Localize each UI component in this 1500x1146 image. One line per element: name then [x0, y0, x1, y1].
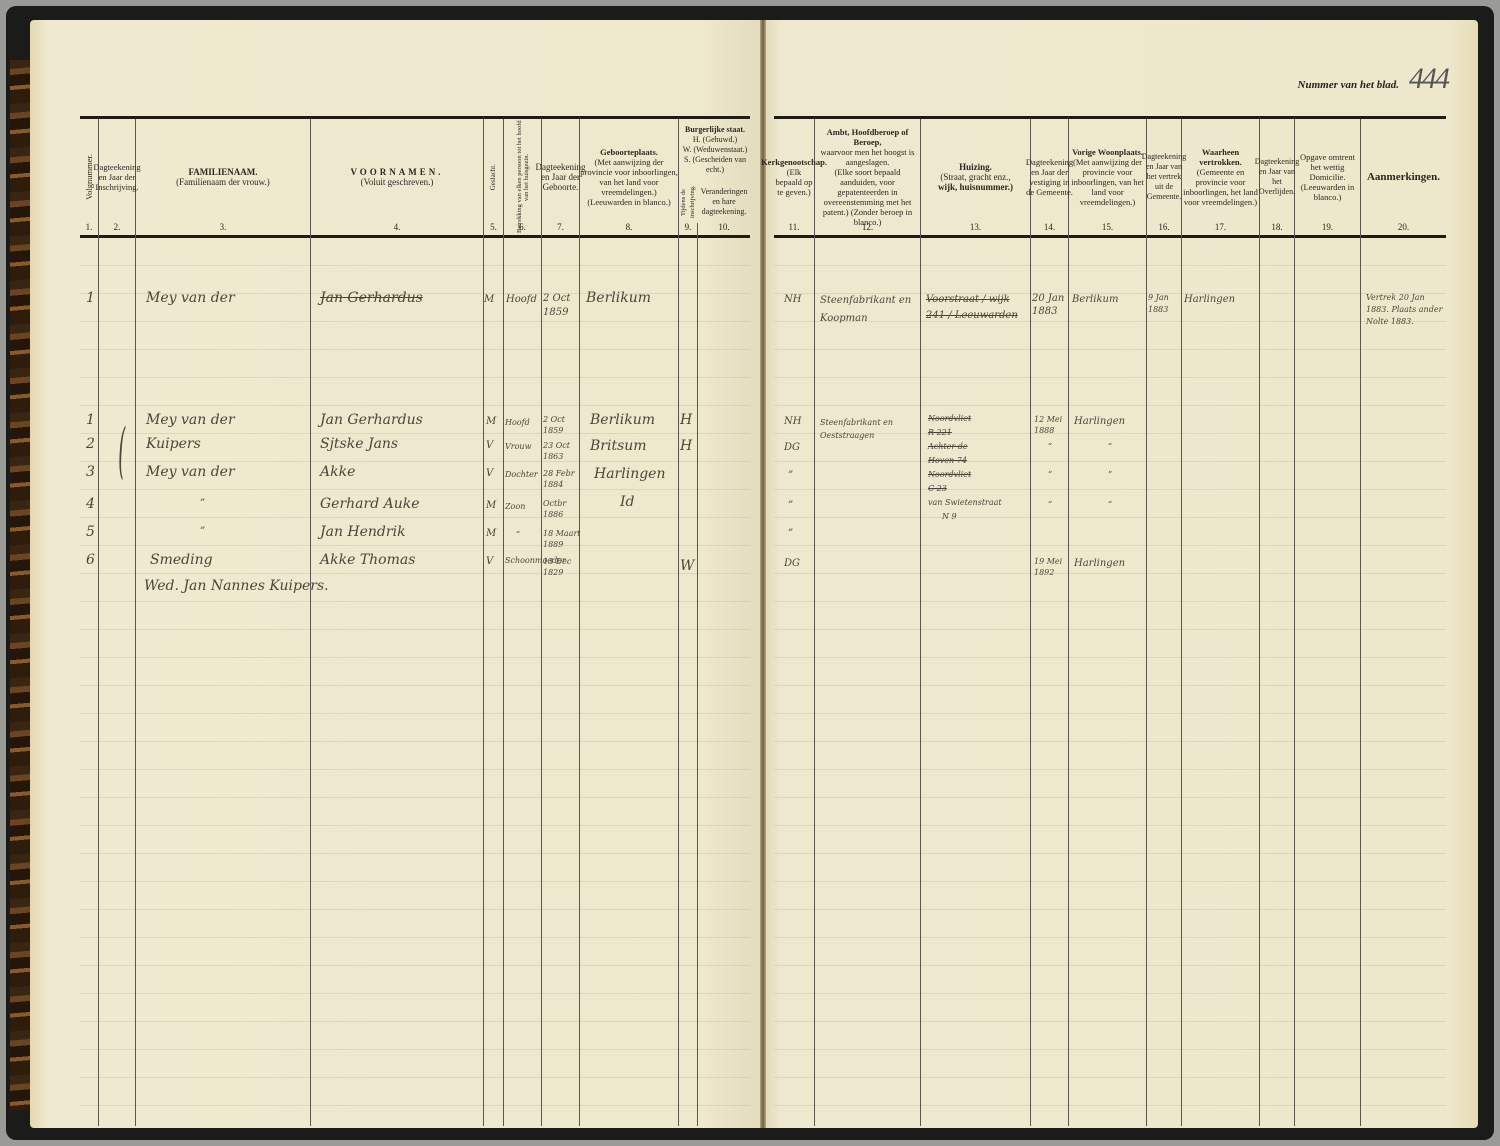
header-domicilie: Opgave omtrent het wettig Domicilie.(Lee…: [1295, 120, 1360, 234]
entry-geslacht: V: [486, 440, 493, 451]
entry-waarheen: Harlingen: [1184, 294, 1235, 305]
entry-volgnummer: 2: [86, 436, 95, 452]
entry-familienaam: Smeding: [150, 552, 213, 568]
entry-geboorteplaats: Berlikum: [586, 290, 651, 306]
entry-geslacht: V: [486, 468, 493, 479]
header-geboorteplaats: Geboorteplaats.(Met aanwijzing der provi…: [580, 120, 678, 234]
entry-vorige-woonplaats: ”: [1108, 442, 1112, 451]
header-inschrijving: Dagteekening en Jaar der Inschrijving.: [99, 120, 135, 234]
header-top-rule: [774, 116, 1446, 119]
col-divider: [1030, 119, 1031, 1126]
entry-aanmerkingen: Vertrek 20 Jan 1883. Plaats ander Nolte …: [1366, 292, 1446, 328]
entry-beroep: Steenfabrikant en Koopman: [820, 292, 920, 328]
entry-vestiging: ”: [1048, 470, 1052, 479]
entry-kerk: NH: [784, 294, 801, 305]
sheet-number-label: Nummer van het blad.444: [1298, 62, 1448, 96]
entry-betrekking: Hoofd: [506, 294, 537, 305]
ruled-lines: [774, 238, 1446, 1126]
col-divider: [541, 119, 542, 1126]
entry-huizing: van Swietenstraat: [928, 498, 1002, 507]
entry-voornamen: Jan Hendrik: [320, 524, 406, 540]
entry-geboorte: 2 Oct 1859: [543, 292, 579, 320]
entry-huizing: R 221: [928, 428, 952, 437]
entry-voornamen: Akke: [320, 464, 355, 480]
entry-kerk: ”: [788, 500, 793, 511]
entry-burgerlijke-staat: H: [680, 412, 692, 428]
entry-geboorte: 23 Oct 1863: [543, 440, 581, 462]
col-number: 2.: [99, 222, 135, 232]
header-vorige-woonplaats: Vorige Woonplaats.(Met aanwijzing der pr…: [1069, 120, 1146, 234]
left-page: Volgnummer. Dagteekening en Jaar der Ins…: [30, 20, 760, 1128]
header-veranderingen: Veranderingen en hare dagteekening.: [698, 182, 750, 222]
entry-kerk: DG: [784, 442, 800, 453]
col-number: 11.: [774, 222, 814, 232]
col-number: 12.: [815, 222, 920, 232]
entry-voornamen: Akke Thomas: [320, 552, 415, 568]
col-divider: [697, 223, 698, 1126]
entry-beroep: Steenfabrikant en Oeststraagen: [820, 416, 920, 442]
bracket-mark: (: [118, 421, 125, 481]
col-number: 3.: [136, 222, 310, 232]
entry-familienaam: ”: [200, 526, 205, 537]
entry-vorige-woonplaats: ”: [1108, 500, 1112, 509]
entry-betrekking: Zoon: [505, 502, 525, 511]
entry-burgerlijke-staat: H: [680, 438, 692, 454]
entry-huizing: Noordvliet: [928, 470, 971, 479]
entry-vorige-woonplaats: ”: [1108, 470, 1112, 479]
col-number: 1.: [80, 222, 98, 232]
header-tijdens-inschrijving: Tijdens de inschrijving.: [679, 182, 697, 222]
entry-volgnummer: 6: [86, 552, 95, 568]
entry-vestiging: 19 Mei 1892: [1034, 556, 1068, 578]
entry-volgnummer: 4: [86, 496, 95, 512]
entry-betrekking: ”: [516, 530, 520, 539]
col-divider: [1259, 119, 1260, 1126]
entry-geboorte: 13 Dec 1829: [543, 556, 581, 578]
entry-geboorteplaats: Berlikum: [590, 412, 655, 428]
col-divider: [579, 119, 580, 1126]
entry-geboorte: 18 Maart 1889: [543, 528, 581, 550]
entry-kerk: ”: [788, 528, 793, 539]
entry-vestiging: 20 Jan 1883: [1032, 292, 1068, 318]
col-divider: [98, 119, 99, 1126]
entry-kerk: DG: [784, 558, 800, 569]
entry-huizing: Hoven 74: [928, 456, 967, 465]
col-divider: [1294, 119, 1295, 1126]
col-divider: [310, 119, 311, 1126]
header-burgerlijke-staat: Burgerlijke staat. H. (Gehuwd.) W. (Wedu…: [679, 120, 751, 180]
entry-vestiging: 12 Mei 1888: [1034, 414, 1068, 436]
entry-geboorteplaats: Id: [620, 494, 635, 510]
col-number: 7.: [542, 222, 579, 232]
entry-voornamen: Sjtske Jans: [320, 436, 398, 452]
header-vestiging: Dagteekening en Jaar der vestiging in de…: [1031, 120, 1068, 234]
col-divider: [483, 119, 484, 1126]
header-beroep: Ambt, Hoofdberoep of Beroep,waarvoor men…: [815, 120, 920, 234]
entry-vestiging: ”: [1048, 442, 1052, 451]
col-number: 13.: [921, 222, 1030, 232]
entry-geboorteplaats: Harlingen: [594, 466, 665, 482]
entry-geboorte: 2 Oct 1859: [543, 414, 581, 436]
col-divider: [1068, 119, 1069, 1126]
entry-geslacht: M: [486, 416, 496, 427]
entry-huizing: C 23: [928, 484, 947, 493]
entry-kerk: NH: [784, 416, 801, 427]
entry-vorige-woonplaats: Harlingen: [1074, 558, 1125, 569]
header-top-rule: [80, 116, 750, 119]
entry-betrekking: Schoonmoeder: [505, 556, 541, 565]
entry-voornamen: Gerhard Auke: [320, 496, 420, 512]
col-divider: [1146, 119, 1147, 1126]
header-geboortedatum: Dagteekening en Jaar der Geboorte.: [542, 120, 579, 234]
sheet-number: 444: [1409, 62, 1448, 95]
col-number: 10.: [698, 222, 750, 232]
entry-vorige-woonplaats: Berlikum: [1072, 294, 1118, 305]
col-number: 8.: [580, 222, 678, 232]
col-number: 19.: [1295, 222, 1360, 232]
entry-volgnummer: 1: [86, 290, 95, 306]
entry-geslacht: V: [486, 556, 493, 567]
entry-geboorte: 28 Febr 1884: [543, 468, 581, 490]
header-overlijden: Dagteekening en Jaar van het Overlijden.: [1260, 120, 1294, 234]
col-divider: [503, 119, 504, 1126]
entry-familienaam: Mey van der: [146, 290, 235, 306]
col-number: 16.: [1147, 222, 1181, 232]
header-familienaam: FAMILIENAAM.(Familienaam der vrouw.): [136, 120, 310, 234]
entry-burgerlijke-staat: W: [680, 558, 694, 574]
entry-geslacht: M: [484, 294, 494, 305]
col-number: 18.: [1260, 222, 1294, 232]
sheet-label: Nummer van het blad.: [1298, 79, 1399, 91]
header-vertrek: Dagteekening en Jaar van het vertrek uit…: [1147, 120, 1181, 234]
col-divider: [920, 119, 921, 1126]
col-divider: [814, 119, 815, 1126]
entry-familienaam: Mey van der: [146, 464, 235, 480]
entry-betrekking: Vrouw: [505, 442, 531, 451]
entry-vestiging: ”: [1048, 500, 1052, 509]
col-divider: [1360, 119, 1361, 1126]
left-register-table: Volgnummer. Dagteekening en Jaar der Ins…: [80, 116, 750, 1126]
entry-voornamen: Jan Gerhardus: [320, 412, 423, 428]
entry-huizing: Noordvliet: [928, 414, 971, 423]
header-aanmerkingen: Aanmerkingen.: [1361, 120, 1446, 234]
col-number: 14.: [1031, 222, 1068, 232]
entry-huizing: Voorstraat / wijk 241 / Leeuwarden: [926, 292, 1026, 324]
entry-betrekking: Dochter: [505, 470, 538, 479]
col-number: 4.: [311, 222, 483, 232]
col-number: 15.: [1069, 222, 1146, 232]
col-divider: [135, 119, 136, 1126]
entry-widow-note: Wed. Jan Nannes Kuipers.: [144, 578, 329, 594]
ruled-lines: [80, 238, 750, 1126]
entry-vorige-woonplaats: Harlingen: [1074, 416, 1125, 427]
entry-huizing: Achter de: [928, 442, 968, 451]
right-register-table: Kerkgenootschap.(Elk bepaald op te geven…: [774, 116, 1446, 1126]
entry-volgnummer: 1: [86, 412, 95, 428]
entry-voornamen: Jan Gerhardus: [320, 290, 423, 306]
header-geslacht: Geslacht.: [484, 120, 503, 234]
entry-geboorteplaats: Britsum: [590, 438, 647, 454]
entry-familienaam: Kuipers: [146, 436, 201, 452]
header-kerkgenootschap: Kerkgenootschap.(Elk bepaald op te geven…: [774, 120, 814, 234]
col-divider: [678, 119, 679, 1126]
entry-geslacht: M: [486, 500, 496, 511]
header-huizing: Huizing.(Straat, gracht enz.,wijk, huisn…: [921, 120, 1030, 234]
entry-geslacht: M: [486, 528, 496, 539]
entry-huizing: N 9: [942, 512, 957, 521]
entry-volgnummer: 3: [86, 464, 95, 480]
col-number: 9.: [679, 222, 697, 232]
entry-kerk: ”: [788, 470, 793, 481]
col-number: 20.: [1361, 222, 1446, 232]
entry-familienaam: ”: [200, 498, 205, 509]
header-voornamen: VOORNAMEN.(Voluit geschreven.): [311, 120, 483, 234]
col-divider: [1181, 119, 1182, 1126]
col-number: 5.: [484, 222, 503, 232]
entry-betrekking: Hoofd: [505, 418, 530, 427]
entry-vertrek: 9 Jan 1883: [1148, 292, 1182, 316]
header-waarheen: Waarheen vertrokken.(Gemeente en provinc…: [1182, 120, 1259, 234]
col-number: 17.: [1182, 222, 1259, 232]
entry-familienaam: Mey van der: [146, 412, 235, 428]
entry-geboorte: Octbr 1886: [543, 498, 581, 520]
right-page: Nummer van het blad.444 Kerkgenootschap.…: [766, 20, 1478, 1128]
entry-volgnummer: 5: [86, 524, 95, 540]
col-number: 6.: [504, 222, 541, 232]
